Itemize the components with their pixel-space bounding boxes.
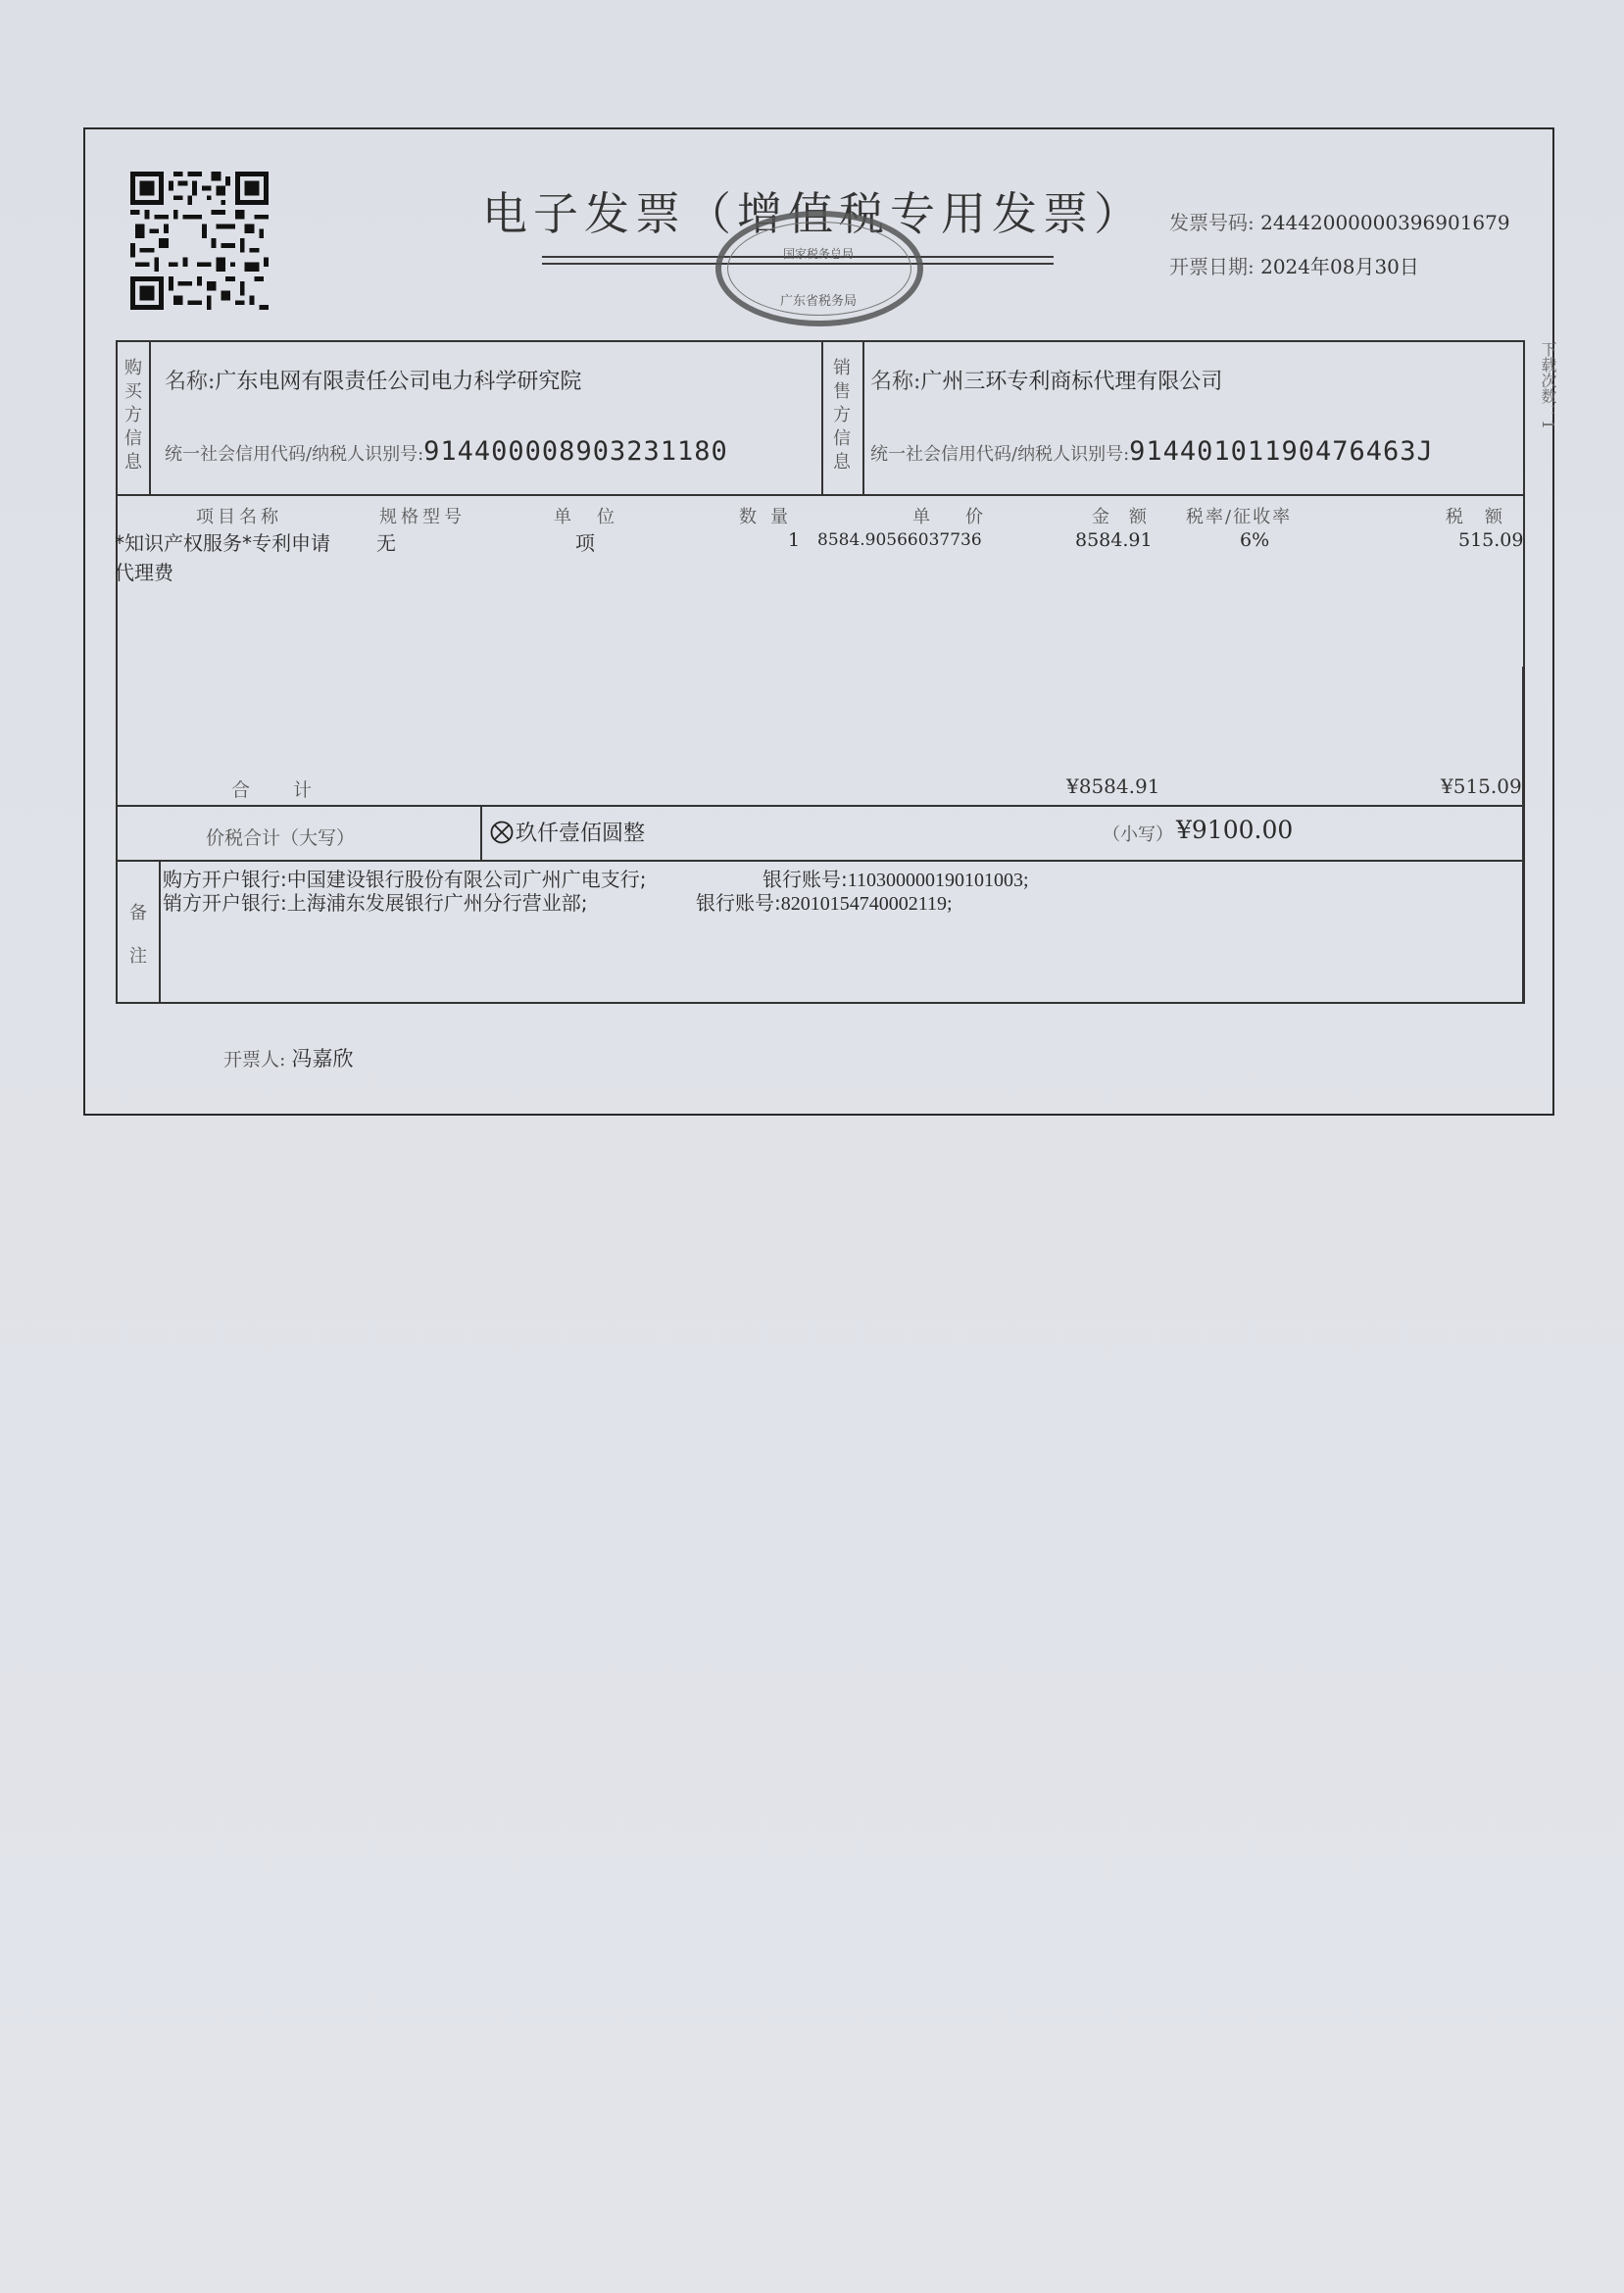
label-char: 购 xyxy=(117,357,150,380)
label-char: 销 xyxy=(825,357,859,380)
label-char: 方 xyxy=(825,404,859,427)
drawer-label: 开票人: xyxy=(223,1049,285,1071)
header-unit: 单位 xyxy=(554,503,640,528)
download-count: 下载次数：1 xyxy=(1535,341,1558,429)
header-qty: 数量 xyxy=(739,503,802,528)
total-amount: ¥8584.91 xyxy=(1066,774,1159,798)
stamp-top-text: 国家税务总局 xyxy=(745,245,892,262)
divider xyxy=(1522,667,1525,1004)
header-spec: 规格型号 xyxy=(379,503,466,528)
item-name-line2: 代理费 xyxy=(115,557,173,585)
seller-name-label: 名称: xyxy=(870,370,920,394)
item-amount: 8584.91 xyxy=(1075,529,1153,551)
divider xyxy=(116,860,1525,862)
divider xyxy=(862,340,864,495)
divider xyxy=(116,494,1525,496)
seller-bank-value: 上海浦东发展银行广州分行营业部; xyxy=(287,891,588,915)
header-unit-price: 单价 xyxy=(912,503,1018,528)
divider xyxy=(159,860,161,1004)
seller-account-line: 银行账号:82010154740002119; xyxy=(696,887,953,916)
label-char: 信 xyxy=(825,427,859,451)
buyer-tax-id-label: 统一社会信用代码/纳税人识别号: xyxy=(165,444,423,465)
buyer-name-label: 名称: xyxy=(165,370,215,394)
header-tax-rate: 税率/征收率 xyxy=(1186,503,1292,528)
invoice-date: 开票日期: 2024年08月30日 xyxy=(1169,251,1419,279)
seller-tax-id: 统一社会信用代码/纳税人识别号:91440101190476463J xyxy=(870,436,1434,467)
seller-bank-line: 销方开户银行:上海浦东发展银行广州分行营业部; xyxy=(163,887,588,916)
invoice-number: 发票号码: 24442000000396901679 xyxy=(1169,207,1510,235)
label-char: 售 xyxy=(825,380,859,404)
grand-total-words-value: 玖仟壹佰圆整 xyxy=(516,822,645,846)
invoice-number-label: 发票号码: xyxy=(1169,211,1255,234)
divider xyxy=(480,805,482,861)
seller-bank-label: 销方开户银行: xyxy=(163,891,287,915)
qr-code-icon xyxy=(130,172,269,310)
buyer-section-label: 购 买 方 信 息 xyxy=(117,357,150,474)
label-char: 方 xyxy=(117,404,150,427)
seller-account-value: 82010154740002119; xyxy=(781,893,953,915)
item-spec: 无 xyxy=(376,527,396,556)
label-char: 息 xyxy=(825,451,859,474)
header-item-name: 项目名称 xyxy=(196,503,282,528)
label-char: 买 xyxy=(117,380,150,404)
total-label: 合计 xyxy=(231,775,355,802)
item-name-line1: *知识产权服务*专利申请 xyxy=(115,527,330,556)
header-tax: 税额 xyxy=(1446,503,1524,528)
grand-total-amount: ¥9100.00 xyxy=(1176,816,1293,844)
header-amount: 金额 xyxy=(1092,503,1166,528)
buyer-name: 名称:广东电网有限责任公司电力科学研究院 xyxy=(165,365,581,395)
grand-total-words: 玖仟壹佰圆整 xyxy=(490,817,645,847)
seller-name: 名称:广州三环专利商标代理有限公司 xyxy=(870,365,1222,395)
buyer-tax-id-value: 914400008903231180 xyxy=(423,436,728,467)
invoice-date-value: 2024年08月30日 xyxy=(1260,255,1419,278)
seller-tax-id-value: 91440101190476463J xyxy=(1129,436,1434,467)
seller-section-label: 销 售 方 信 息 xyxy=(825,357,859,474)
total-tax: ¥515.09 xyxy=(1441,774,1522,798)
drawer-name: 冯嘉欣 xyxy=(291,1047,353,1071)
grand-total-words-label: 价税合计（大写） xyxy=(206,823,355,850)
label-char: 信 xyxy=(117,427,150,451)
buyer-tax-id: 统一社会信用代码/纳税人识别号:914400008903231180 xyxy=(165,436,728,467)
remarks-section-label: 备 注 xyxy=(123,892,153,978)
item-tax: 515.09 xyxy=(1458,529,1523,551)
divider xyxy=(116,805,1525,807)
seller-tax-id-label: 统一社会信用代码/纳税人识别号: xyxy=(870,444,1129,465)
invoice-date-label: 开票日期: xyxy=(1169,255,1255,278)
drawer: 开票人: 冯嘉欣 xyxy=(223,1043,353,1072)
circle-x-icon xyxy=(490,821,514,844)
grand-total-small-label: （小写） xyxy=(1103,821,1173,846)
item-unit: 项 xyxy=(575,527,595,556)
item-unit-price: 8584.90566037736 xyxy=(817,530,982,550)
seller-name-value: 广州三环专利商标代理有限公司 xyxy=(920,370,1222,394)
label-char: 备 xyxy=(123,892,153,935)
invoice-number-value: 24442000000396901679 xyxy=(1260,211,1510,234)
label-char: 息 xyxy=(117,451,150,474)
stamp-bottom-text: 广东省税务局 xyxy=(745,290,892,309)
buyer-name-value: 广东电网有限责任公司电力科学研究院 xyxy=(215,370,581,394)
seller-account-label: 银行账号: xyxy=(696,891,781,915)
item-qty: 1 xyxy=(788,529,800,551)
item-tax-rate: 6% xyxy=(1240,529,1269,551)
divider xyxy=(821,340,823,495)
label-char: 注 xyxy=(123,935,153,978)
